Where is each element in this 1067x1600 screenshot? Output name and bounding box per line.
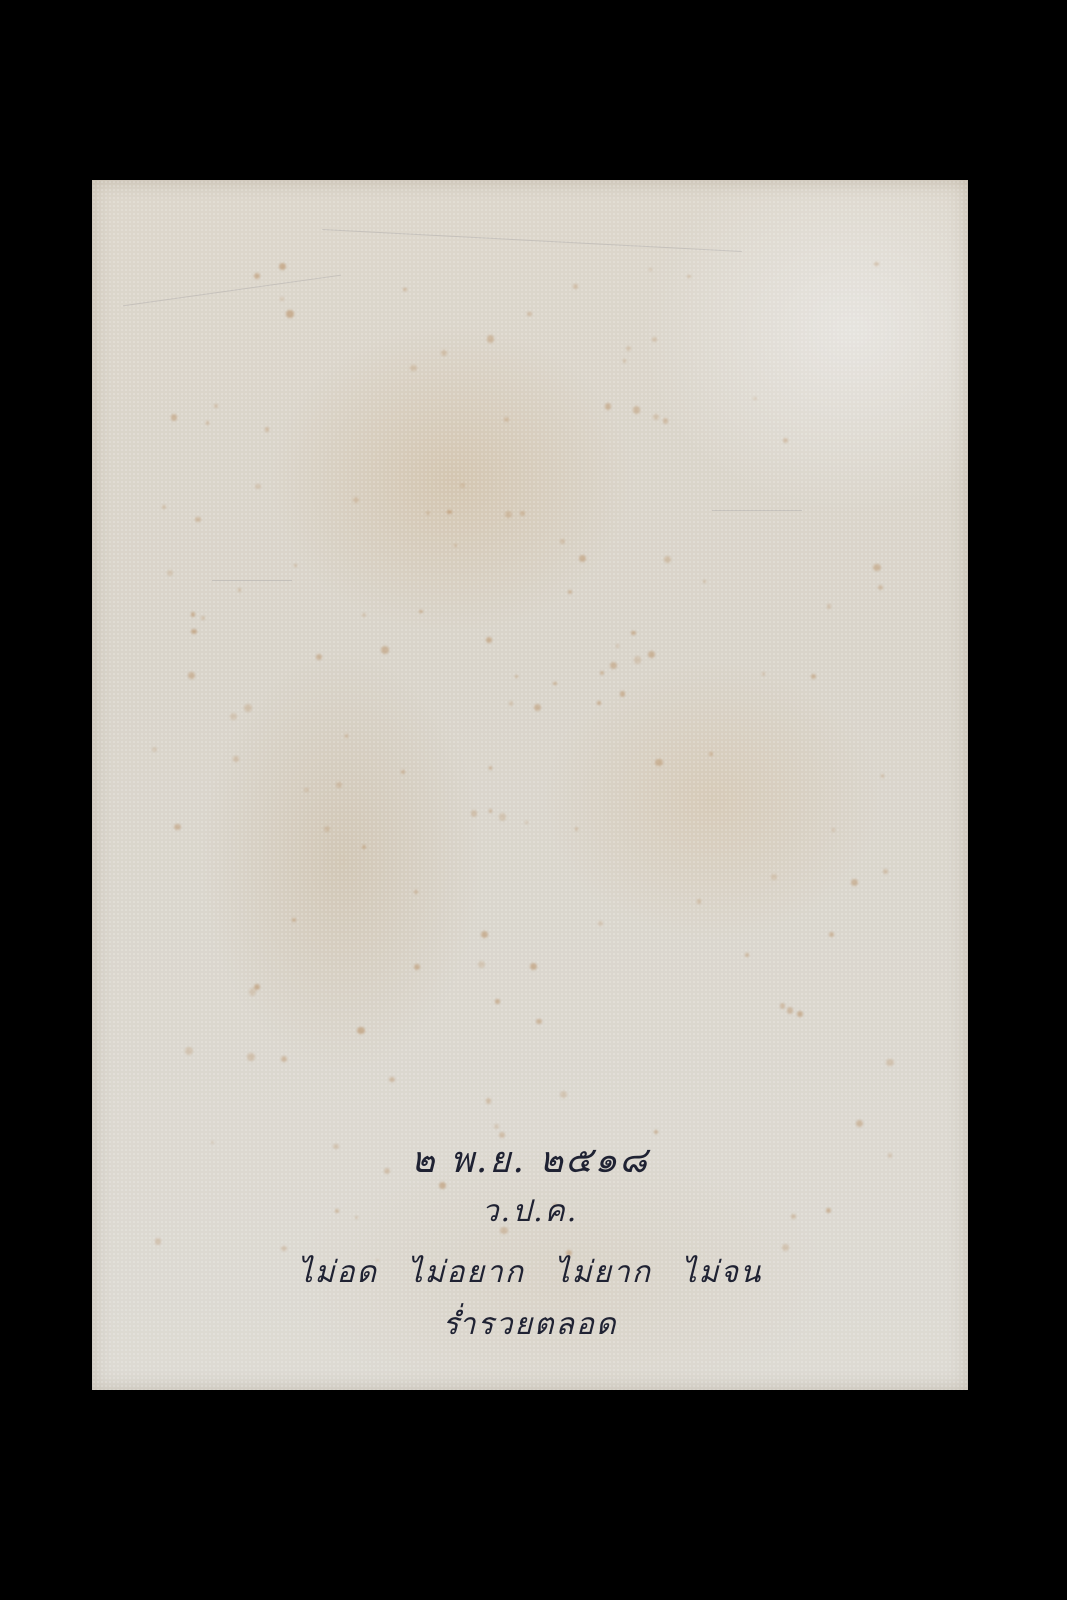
handwritten-inscription: ๒ พ.ย. ๒๕๑๘ ว.ป.ค. ไม่อด ไม่อยาก ไม่ยาก … xyxy=(92,1135,968,1347)
inscription-wealth: ร่ำรวยตลอด xyxy=(92,1303,968,1347)
aged-card: ๒ พ.ย. ๒๕๑๘ ว.ป.ค. ไม่อด ไม่อยาก ไม่ยาก … xyxy=(92,180,968,1390)
inscription-date: ๒ พ.ย. ๒๕๑๘ xyxy=(92,1135,968,1187)
inscription-blessing: ไม่อด ไม่อยาก ไม่ยาก ไม่จน xyxy=(92,1243,968,1303)
inscription-initials: ว.ป.ค. xyxy=(92,1187,968,1237)
